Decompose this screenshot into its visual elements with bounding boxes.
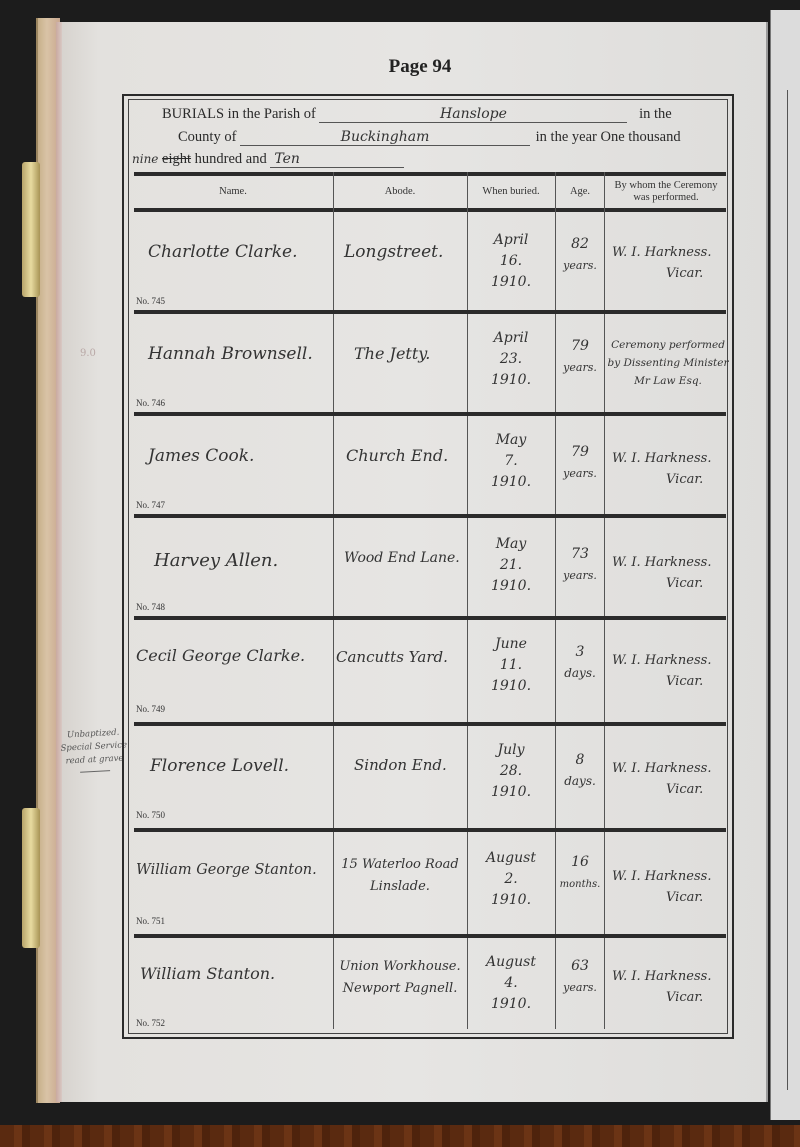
abode-line2: Newport Pagnell. [343, 981, 458, 996]
officiant-line1: W. I. Harkness. [612, 245, 711, 260]
date-year: 1910. [491, 578, 531, 594]
entry-abode: 15 Waterloo RoadLinslade. [334, 854, 466, 898]
age-value: 79 [571, 338, 589, 354]
table-surface [0, 1125, 800, 1147]
date-month: April [494, 330, 529, 346]
entry-number: No. 747 [136, 500, 165, 510]
age-unit: days. [564, 774, 596, 788]
date-month: August [486, 954, 536, 970]
hundred-and-label: hundred and [195, 151, 267, 167]
entry-name: Hannah Brownsell. [148, 344, 313, 364]
officiant-line1: Ceremony performed [611, 339, 725, 351]
date-year: 1910. [491, 678, 531, 694]
entry-age: 3days. [556, 642, 604, 684]
binding-clip-top [22, 162, 40, 297]
entry-date: May21.1910. [468, 534, 554, 597]
col-header-officiant: By whom the Ceremony was performed. [606, 176, 726, 208]
entry-abode: Cancutts Yard. [336, 648, 448, 666]
page-title: Page 94 [0, 56, 800, 78]
header-year-label: in the year One thousand [536, 129, 681, 145]
date-month: July [497, 742, 524, 758]
age-value: 3 [576, 644, 585, 660]
entry-date: May7.1910. [468, 430, 554, 493]
table-row: Charlotte Clarke.No. 745 Longstreet. Apr… [132, 212, 726, 312]
entry-officiant: W. I. Harkness.Vicar. [612, 242, 711, 284]
age-value: 16 [571, 854, 589, 870]
entry-date: July28.1910. [468, 740, 554, 803]
century-struck: eight [162, 151, 191, 167]
date-year: 1910. [491, 996, 531, 1012]
header-line-3: nine eight hundred and Ten [132, 151, 404, 168]
entry-number: No. 748 [136, 602, 165, 612]
date-month: May [496, 536, 527, 552]
entry-officiant: W. I. Harkness.Vicar. [612, 650, 711, 692]
faint-bleed-mark: 9.0 [80, 348, 96, 359]
age-value: 79 [571, 444, 589, 460]
date-month: April [494, 232, 529, 248]
entry-name: Charlotte Clarke. [148, 242, 298, 262]
century-handwritten: nine [132, 152, 158, 166]
age-value: 82 [571, 236, 589, 252]
entry-officiant: W. I. Harkness.Vicar. [612, 552, 711, 594]
county-field: Buckingham [240, 129, 530, 146]
page-gutter [56, 22, 62, 1102]
col-header-when-buried: When buried. [468, 176, 554, 208]
header-line-1: BURIALS in the Parish of Hanslope in the [162, 106, 672, 123]
officiant-line2: Vicar. [666, 782, 703, 797]
table-row: Florence Lovell.No. 750 Sindon End. July… [132, 726, 726, 826]
entry-abode: Union Workhouse.Newport Pagnell. [334, 956, 466, 1000]
entry-number: No. 750 [136, 810, 165, 820]
entry-date: August4.1910. [468, 952, 554, 1015]
officiant-line2: Vicar. [666, 576, 703, 591]
date-year: 1910. [491, 274, 531, 290]
entry-age: 8days. [556, 750, 604, 792]
entry-age: 16months. [556, 852, 604, 895]
burial-register-table: BURIALS in the Parish of Hanslope in the… [122, 94, 734, 1039]
entry-officiant: W. I. Harkness.Vicar. [612, 758, 711, 800]
entry-abode: Sindon End. [354, 756, 447, 774]
date-day: 28. [500, 763, 522, 779]
header-line-2: County of Buckingham in the year One tho… [178, 129, 681, 146]
entry-age: 79years. [556, 336, 604, 378]
entry-date: April16.1910. [468, 230, 554, 293]
age-unit: months. [560, 879, 601, 890]
entry-age: 73years. [556, 544, 604, 586]
table-row: Cecil George Clarke.No. 749 Cancutts Yar… [132, 620, 726, 720]
officiant-line1: W. I. Harkness. [612, 969, 711, 984]
table-row: William George Stanton.No. 751 15 Waterl… [132, 832, 726, 932]
county-label: County of [178, 129, 236, 145]
entry-name: William Stanton. [140, 964, 275, 983]
date-day: 2. [504, 871, 517, 887]
age-value: 8 [576, 752, 585, 768]
officiant-line2: Vicar. [666, 890, 703, 905]
entry-officiant: W. I. Harkness.Vicar. [612, 448, 711, 490]
entry-name: Florence Lovell. [150, 756, 289, 776]
entry-number: No. 746 [136, 398, 165, 408]
entry-officiant: W. I. Harkness.Vicar. [612, 966, 711, 1008]
date-day: 7. [504, 453, 517, 469]
year-field: Ten [270, 151, 404, 168]
date-day: 23. [500, 351, 522, 367]
entry-officiant: W. I. Harkness.Vicar. [612, 866, 711, 908]
date-month: June [495, 636, 527, 652]
binding-clip-bottom [22, 808, 40, 948]
col-header-abode: Abode. [334, 176, 466, 208]
entry-age: 82years. [556, 234, 604, 276]
margin-note-line3: read at grave [60, 752, 129, 769]
margin-note: Unbaptized. Special Service read at grav… [59, 726, 129, 773]
entry-name: Harvey Allen. [154, 550, 278, 571]
header-in-the: in the [639, 106, 672, 122]
facing-page-frame [787, 90, 800, 1090]
age-unit: years. [563, 259, 597, 272]
date-day: 21. [500, 557, 522, 573]
officiant-line2: Vicar. [666, 472, 703, 487]
entry-age: 79years. [556, 442, 604, 484]
table-row: William Stanton.No. 752 Union Workhouse.… [132, 938, 726, 1034]
entry-abode: Longstreet. [344, 242, 443, 262]
age-unit: years. [563, 569, 597, 582]
officiant-line1: W. I. Harkness. [612, 555, 711, 570]
officiant-line3: Mr Law Esq. [634, 375, 702, 387]
facing-page-edge [770, 10, 800, 1120]
entry-date: April23.1910. [468, 328, 554, 391]
age-value: 73 [571, 546, 589, 562]
abode-line1: Union Workhouse. [339, 959, 460, 974]
col-header-name: Name. [134, 176, 332, 208]
officiant-line2: Vicar. [666, 266, 703, 281]
parish-field: Hanslope [319, 106, 627, 123]
date-month: May [496, 432, 527, 448]
officiant-line2: Vicar. [666, 674, 703, 689]
officiant-line1: W. I. Harkness. [612, 761, 711, 776]
table-row: Harvey Allen.No. 748 Wood End Lane. May2… [132, 518, 726, 618]
officiant-line1: W. I. Harkness. [612, 653, 711, 668]
entry-name: Cecil George Clarke. [136, 646, 305, 665]
officiant-line1: W. I. Harkness. [612, 451, 711, 466]
entry-age: 63years. [556, 956, 604, 998]
date-day: 16. [500, 253, 522, 269]
officiant-line1: W. I. Harkness. [612, 869, 711, 884]
date-year: 1910. [491, 474, 531, 490]
entry-officiant: Ceremony performedby Dissenting Minister… [606, 336, 730, 390]
age-unit: years. [563, 467, 597, 480]
entry-abode: Wood End Lane. [344, 550, 460, 566]
date-year: 1910. [491, 784, 531, 800]
entry-abode: The Jetty. [354, 344, 430, 363]
date-year: 1910. [491, 372, 531, 388]
age-unit: days. [564, 666, 596, 680]
age-unit: years. [563, 981, 597, 994]
table-row: James Cook.No. 747 Church End. May7.1910… [132, 416, 726, 516]
date-day: 4. [504, 975, 517, 991]
date-day: 11. [500, 657, 522, 673]
entry-date: August2.1910. [468, 848, 554, 911]
table-row: Hannah Brownsell.No. 746 The Jetty. Apri… [132, 314, 726, 414]
date-month: August [486, 850, 536, 866]
entry-number: No. 749 [136, 704, 165, 714]
entry-number: No. 751 [136, 916, 165, 926]
officiant-line2: Vicar. [666, 990, 703, 1005]
abode-line1: 15 Waterloo Road [341, 857, 458, 872]
entry-number: No. 745 [136, 296, 165, 306]
entry-name: James Cook. [148, 446, 254, 466]
burials-label: BURIALS in the Parish of [162, 106, 316, 122]
col-header-age: Age. [556, 176, 604, 208]
entry-abode: Church End. [346, 446, 448, 465]
date-year: 1910. [491, 892, 531, 908]
age-value: 63 [571, 958, 589, 974]
age-unit: years. [563, 361, 597, 374]
officiant-line2: by Dissenting Minister [608, 357, 729, 369]
entry-date: June11.1910. [468, 634, 554, 697]
entry-number: No. 752 [136, 1018, 165, 1028]
abode-line2: Linslade. [370, 879, 430, 894]
entry-name: William George Stanton. [136, 862, 317, 878]
